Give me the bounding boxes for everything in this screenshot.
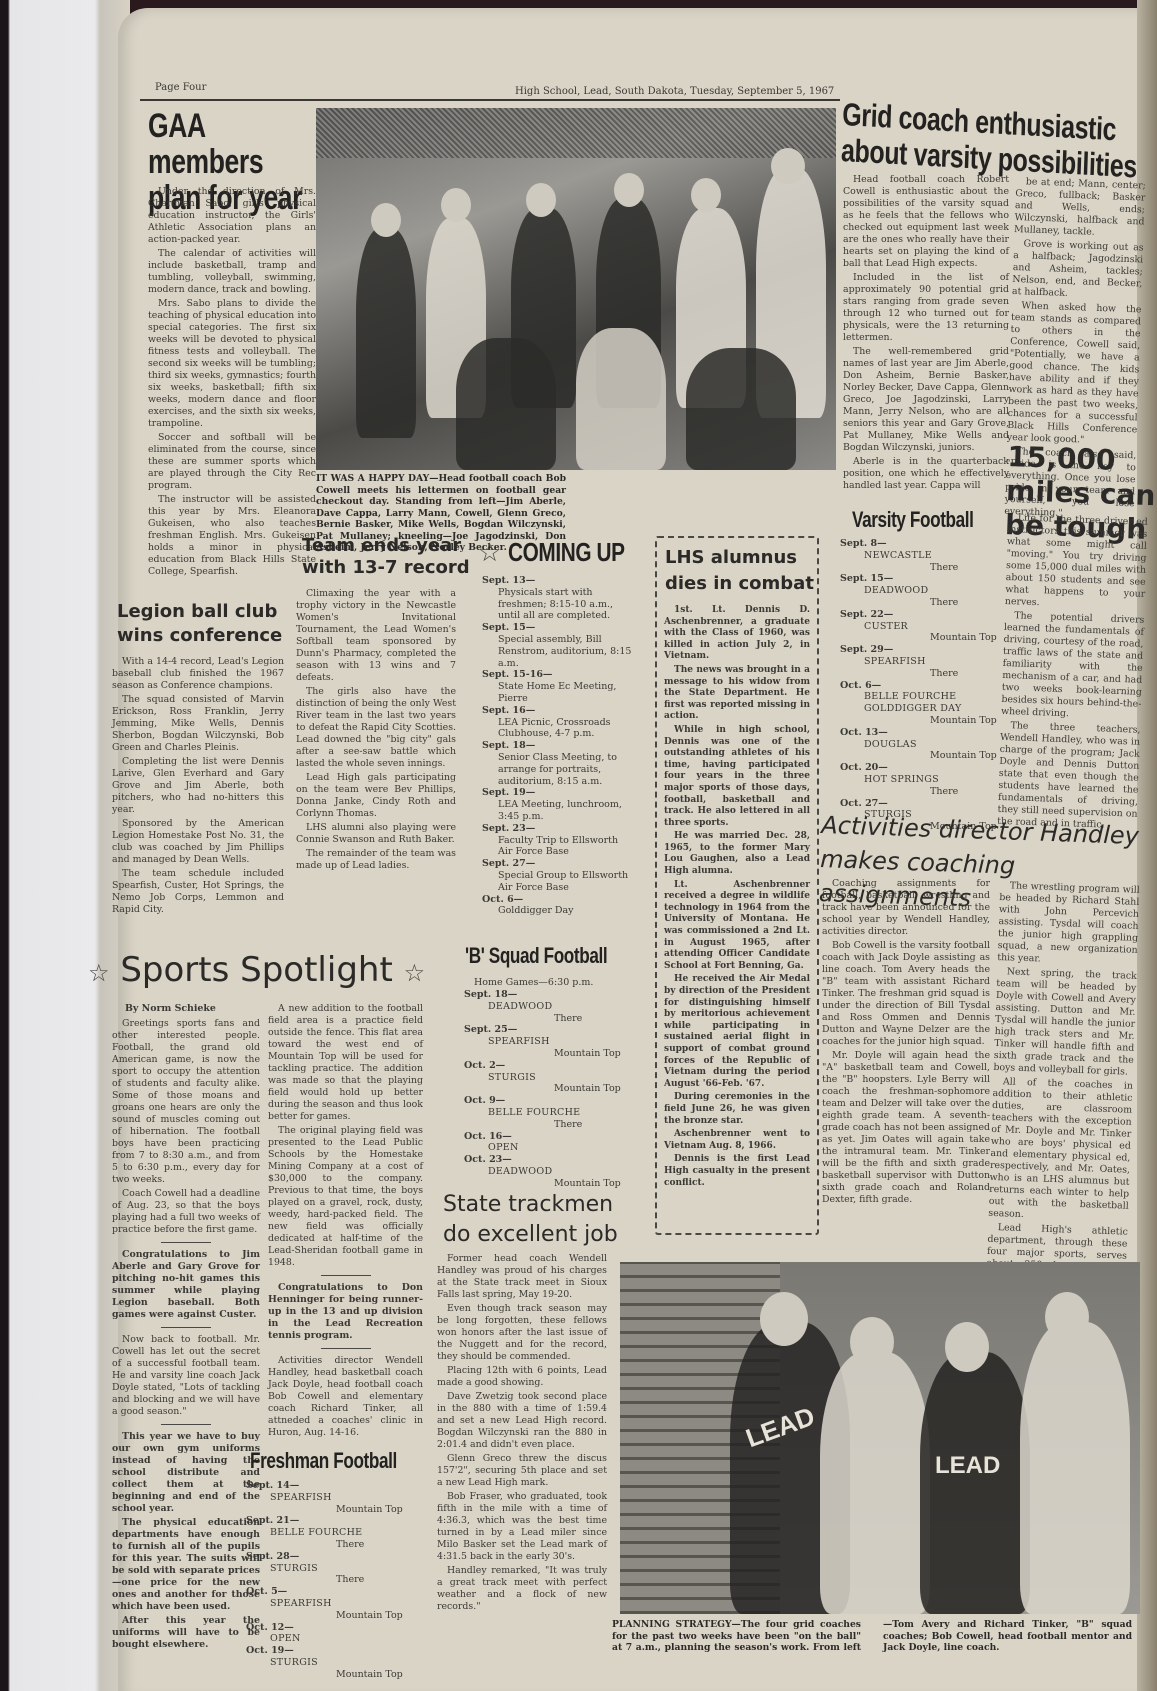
- bsquad-schedule: Sept. 18—DEADWOODThereSept. 25—SPEARFISH…: [464, 989, 644, 1190]
- alumnus-headline: LHS alumnus dies in combat: [665, 545, 815, 597]
- paragraph: Handley remarked, "It was truly a great …: [437, 1565, 607, 1613]
- venue: Mountain Top: [464, 1178, 644, 1190]
- track-headline: State trackmen do excellent job: [443, 1190, 643, 1250]
- paragraph: While in high school, Dennis was one of …: [664, 725, 810, 829]
- game-date: Sept. 21—: [246, 1515, 426, 1527]
- paragraph: Head football coach Robert Cowell is ent…: [843, 174, 1009, 270]
- paragraph: Former head coach Wendell Handley was pr…: [437, 1253, 607, 1301]
- game-date: Sept. 18—: [464, 989, 644, 1001]
- paragraph: The potential drivers learned the fundam…: [1001, 610, 1145, 723]
- event-text: Senior Class Meeting, to arrange for por…: [482, 752, 632, 787]
- paragraph: He was married Dec. 28, 1965, to the for…: [664, 831, 810, 877]
- paragraph: The well-remembered grid names of last y…: [843, 346, 1009, 454]
- paragraph: Lead High gals participating on the team…: [296, 772, 456, 820]
- varsity-schedule: Sept. 8—NEWCASTLEThereSept. 15—DEADWOODT…: [840, 538, 1000, 833]
- event-entry: Sept. 15—Special assembly, Bill Renstrom…: [482, 622, 632, 669]
- event-entry: Sept. 27—Special Group to Ellsworth Air …: [482, 858, 632, 893]
- paragraph: During ceremonies in the field June 26, …: [664, 1092, 810, 1127]
- paragraph: LHS alumni also playing were Connie Swan…: [296, 822, 456, 846]
- schedule-entry: Oct. 23—DEADWOODMountain Top: [464, 1154, 644, 1189]
- game-date: Sept. 15—: [840, 573, 1000, 585]
- paragraph: When asked how the team stands as compar…: [1007, 300, 1142, 448]
- paragraph: Now back to football. Mr. Cowell has let…: [112, 1334, 260, 1418]
- event-entry: Oct. 6—Golddigger Day: [482, 894, 632, 918]
- opponent: DEADWOOD: [840, 585, 1000, 597]
- opponent: SPEARFISH: [840, 656, 1000, 668]
- separator-rule: [161, 1424, 211, 1425]
- opponent: OPEN: [246, 1633, 426, 1645]
- separator-rule: [321, 1275, 371, 1276]
- opponent: SPEARFISH: [246, 1492, 426, 1504]
- paragraph: Next spring, the track team will be head…: [993, 966, 1137, 1079]
- venue: There: [840, 668, 1000, 680]
- coming-up-events: Sept. 13—Physicals start with freshmen; …: [482, 575, 632, 917]
- caption-lead: PLANNING STRATEGY—: [612, 1619, 741, 1630]
- team-headline: Team ends year with 13-7 record: [302, 535, 472, 579]
- schedule-entry: Oct. 6—BELLE FOURCHEGolddigger DayMounta…: [840, 680, 1000, 727]
- spotlight-column-2: A new addition to the football field are…: [268, 1003, 423, 1441]
- event-text: Special Group to Ellsworth Air Force Bas…: [482, 870, 632, 894]
- separator-rule: [161, 1327, 211, 1328]
- event-text: Physicals start with freshmen; 8:15-10 a…: [482, 587, 632, 622]
- paragraph: Mr. Doyle will again head the "A" basket…: [822, 1050, 990, 1206]
- game-date: Sept. 22—: [840, 609, 1000, 621]
- coaches-photo: LEAD LEAD: [620, 1262, 1140, 1614]
- paragraph: Aberle is in the quarterback position, o…: [843, 456, 1009, 492]
- game-date: Oct. 2—: [464, 1060, 644, 1072]
- paragraph: Grove is working out as a halfback; Jago…: [1012, 238, 1144, 303]
- track-article-body: Former head coach Wendell Handley was pr…: [437, 1253, 607, 1615]
- paragraph: The wrestling program will be headed by …: [997, 880, 1140, 969]
- event-date: Sept. 16—: [482, 705, 632, 717]
- header-rule: [140, 99, 840, 101]
- paragraph: Lt. Aschenbrenner received a degree in w…: [664, 880, 810, 973]
- dateline: High School, Lead, South Dakota, Tuesday…: [515, 86, 834, 97]
- paragraph: Congratulations to Don Henninger for bei…: [268, 1282, 423, 1342]
- opponent: BELLE FOURCHE: [246, 1527, 426, 1539]
- event-entry: Sept. 13—Physicals start with freshmen; …: [482, 575, 632, 622]
- schedule-entry: Sept. 28—STURGISThere: [246, 1551, 426, 1586]
- paragraph: 1st. Lt. Dennis D. Aschenbrenner, a grad…: [664, 605, 810, 663]
- paragraph: Aschenbrenner went to Vietnam Aug. 8, 19…: [664, 1129, 810, 1152]
- paragraph: The calendar of activities will include …: [148, 248, 316, 296]
- paragraph: The news was brought in a message to his…: [664, 665, 810, 723]
- separator-rule: [321, 1348, 371, 1349]
- coaches-caption: PLANNING STRATEGY—The four grid coaches …: [612, 1619, 1132, 1654]
- schedule-entry: Oct. 12—OPEN: [246, 1622, 426, 1646]
- bsquad-schedule-title: 'B' Squad Football: [465, 943, 644, 969]
- venue: There: [464, 1119, 644, 1131]
- paragraph: Placing 12th with 6 points, Lead made a …: [437, 1365, 607, 1389]
- event-date: Sept. 23—: [482, 823, 632, 835]
- event-date: Sept. 15—: [482, 622, 632, 634]
- event-text: Faculty Trip to Ellsworth Air Force Base: [482, 835, 632, 859]
- game-date: Oct. 19—: [246, 1645, 426, 1657]
- team-article-body: Climaxing the year with a trophy victory…: [296, 588, 456, 874]
- event-date: Sept. 18—: [482, 740, 632, 752]
- game-note: Golddigger Day: [840, 703, 1000, 715]
- paragraph: Dave Zwetzig took second place in the 88…: [437, 1391, 607, 1451]
- page-number: Page Four: [155, 82, 206, 93]
- paragraph: The team schedule included Spearfish, Cu…: [112, 868, 284, 916]
- schedule-entry: Oct. 16—OPEN: [464, 1131, 644, 1155]
- grid-article-body-left: Head football coach Robert Cowell is ent…: [843, 174, 1009, 494]
- paragraph: Glenn Greco threw the discus 157'2", sec…: [437, 1453, 607, 1489]
- event-entry: Sept. 18—Senior Class Meeting, to arrang…: [482, 740, 632, 787]
- paragraph: Activities director Wendell Handley, hea…: [268, 1355, 423, 1439]
- paragraph: A new addition to the football field are…: [268, 1003, 423, 1123]
- schedule-entry: Sept. 21—BELLE FOURCHEThere: [246, 1515, 426, 1550]
- opponent: DEADWOOD: [464, 1001, 644, 1013]
- paragraph: The physical education departments have …: [112, 1517, 260, 1613]
- schedule-entry: Sept. 29—SPEARFISHThere: [840, 644, 1000, 679]
- paragraph: With a 14-4 record, Lead's Legion baseba…: [112, 656, 284, 692]
- game-date: Oct. 5—: [246, 1586, 426, 1598]
- schedule-entry: Sept. 22—CUSTERMountain Top: [840, 609, 1000, 644]
- lettermen-photo: [316, 108, 836, 470]
- paragraph: Included in the list of approximately 90…: [843, 272, 1009, 344]
- jersey-lettering-2: LEAD: [935, 1452, 1000, 1480]
- paragraph: Completing the list were Dennis Larive, …: [112, 756, 284, 816]
- event-text: Golddigger Day: [482, 905, 632, 917]
- game-date: Sept. 8—: [840, 538, 1000, 550]
- venue: There: [840, 786, 1000, 798]
- paragraph: Even though track season may be long for…: [437, 1303, 607, 1363]
- paragraph: Congratulations to Jim Aberle and Gary G…: [112, 1249, 260, 1321]
- schedule-entry: Oct. 9—BELLE FOURCHEThere: [464, 1095, 644, 1130]
- star-icon-right: ☆: [404, 959, 426, 987]
- venue: Mountain Top: [464, 1048, 644, 1060]
- activities-article-body-left: Coaching assignments for football, baske…: [822, 878, 990, 1208]
- paragraph: Climaxing the year with a trophy victory…: [296, 588, 456, 684]
- legion-article-body: With a 14-4 record, Lead's Legion baseba…: [112, 656, 284, 918]
- separator-rule: [161, 1242, 211, 1243]
- venue: Mountain Top: [840, 632, 1000, 644]
- venue: Mountain Top: [246, 1610, 426, 1622]
- game-date: Oct. 9—: [464, 1095, 644, 1107]
- schedule-entry: Oct. 13—DOUGLASMountain Top: [840, 727, 1000, 762]
- game-date: Oct. 12—: [246, 1622, 426, 1634]
- varsity-schedule-title: Varsity Football: [852, 507, 1024, 533]
- opponent: STURGIS: [246, 1657, 426, 1669]
- event-date: Sept. 27—: [482, 858, 632, 870]
- paragraph: Bob Cowell is the varsity football coach…: [822, 940, 990, 1048]
- paragraph: Greetings sports fans and other interest…: [112, 1018, 260, 1186]
- paragraph: Under the direction of Mrs. Charmian Sab…: [148, 186, 316, 246]
- bsquad-subtitle: Home Games—6:30 p.m.: [474, 977, 593, 989]
- opponent: DEADWOOD: [464, 1166, 644, 1178]
- paragraph: Dennis is the first Lead High casualty i…: [664, 1154, 810, 1189]
- star-icon: ☆: [478, 538, 501, 568]
- game-date: Oct. 20—: [840, 762, 1000, 774]
- event-entry: Sept. 23—Faculty Trip to Ellsworth Air F…: [482, 823, 632, 858]
- opponent: DOUGLAS: [840, 739, 1000, 751]
- game-date: Sept. 25—: [464, 1024, 644, 1036]
- game-date: Oct. 13—: [840, 727, 1000, 739]
- venue: There: [246, 1574, 426, 1586]
- caption-lead: IT WAS A HAPPY DAY—: [316, 473, 438, 484]
- sports-spotlight-title: ☆ Sports Spotlight ☆: [88, 950, 448, 990]
- paragraph: Coaching assignments for football, baske…: [822, 878, 990, 938]
- freshman-schedule: Sept. 14—SPEARFISHMountain TopSept. 21—B…: [246, 1480, 426, 1681]
- venue: Mountain Top: [840, 715, 1000, 727]
- paragraph: Coach Cowell had a deadline of Aug. 23, …: [112, 1188, 260, 1236]
- venue: Mountain Top: [246, 1504, 426, 1516]
- paragraph: The instructor will be assisted this yea…: [148, 494, 316, 578]
- opponent: SPEARFISH: [464, 1036, 644, 1048]
- gaa-article-body: Under the direction of Mrs. Charmian Sab…: [148, 186, 316, 580]
- event-text: LEA Picnic, Crossroads Clubhouse, 4-7 p.…: [482, 717, 632, 741]
- paragraph: The original playing field was presented…: [268, 1125, 423, 1269]
- event-text: Special assembly, Bill Renstrom, auditor…: [482, 634, 632, 669]
- spotlight-column-1: Greetings sports fans and other interest…: [112, 1018, 260, 1653]
- event-entry: Sept. 19—LEA Meeting, lunchroom, 3:45 p.…: [482, 787, 632, 822]
- paragraph: This year we have to buy our own gym uni…: [112, 1431, 260, 1515]
- venue: There: [840, 597, 1000, 609]
- schedule-entry: Sept. 18—DEADWOODThere: [464, 989, 644, 1024]
- opponent: BELLE FOURCHE: [464, 1107, 644, 1119]
- paragraph: Sponsored by the American Legion Homesta…: [112, 818, 284, 866]
- paragraph: Bob Fraser, who graduated, took fifth in…: [437, 1491, 607, 1563]
- paragraph: The remainder of the team was made up of…: [296, 848, 456, 872]
- paragraph: The squad consisted of Marvin Erickson, …: [112, 694, 284, 754]
- game-date: Oct. 6—: [840, 680, 1000, 692]
- schedule-entry: Oct. 2—STURGISMountain Top: [464, 1060, 644, 1095]
- miles-article-body: Life for the three driver ed instructors…: [997, 512, 1148, 835]
- game-date: Sept. 29—: [840, 644, 1000, 656]
- venue: Mountain Top: [464, 1083, 644, 1095]
- venue: There: [840, 562, 1000, 574]
- schedule-entry: Sept. 15—DEADWOODThere: [840, 573, 1000, 608]
- opponent: CUSTER: [840, 621, 1000, 633]
- schedule-entry: Oct. 20—HOT SPRINGSThere: [840, 762, 1000, 797]
- event-text: State Home Ec Meeting, Pierre: [482, 681, 632, 705]
- game-date: Sept. 14—: [246, 1480, 426, 1492]
- schedule-entry: Sept. 8—NEWCASTLEThere: [840, 538, 1000, 573]
- paragraph: After this year the uniforms will have t…: [112, 1615, 260, 1651]
- star-icon-left: ☆: [88, 959, 110, 987]
- venue: Mountain Top: [840, 750, 1000, 762]
- activities-article-body-right: The wrestling program will be headed by …: [985, 880, 1139, 1301]
- desk-background: [0, 0, 130, 1691]
- opponent: STURGIS: [246, 1563, 426, 1575]
- paragraph: Mrs. Sabo plans to divide the teaching o…: [148, 298, 316, 430]
- opponent: SPEARFISH: [246, 1598, 426, 1610]
- paragraph: The girls also have the distinction of b…: [296, 686, 456, 770]
- event-entry: Sept. 15-16—State Home Ec Meeting, Pierr…: [482, 669, 632, 704]
- sports-spotlight-label: Sports Spotlight: [120, 950, 392, 990]
- coming-up-label: COMING UP: [508, 537, 625, 568]
- spotlight-byline: By Norm Schieke: [125, 1003, 225, 1015]
- game-date: Sept. 28—: [246, 1551, 426, 1563]
- freshman-schedule-title: Freshman Football: [250, 1448, 429, 1474]
- coming-up-title: ☆ COMING UP: [478, 537, 653, 568]
- paragraph: be at end; Mann, center; Greco, fullback…: [1014, 176, 1146, 241]
- venue: There: [246, 1539, 426, 1551]
- schedule-entry: Sept. 25—SPEARFISHMountain Top: [464, 1024, 644, 1059]
- game-date: Oct. 16—: [464, 1131, 644, 1143]
- paragraph: Life for the three driver ed instructors…: [1005, 512, 1148, 613]
- opponent: OPEN: [464, 1142, 644, 1154]
- game-date: Oct. 23—: [464, 1154, 644, 1166]
- event-date: Sept. 19—: [482, 787, 632, 799]
- event-date: Sept. 13—: [482, 575, 632, 587]
- paragraph: All of the coaches in addition to their …: [988, 1076, 1133, 1225]
- paragraph: He received the Air Medal by direction o…: [664, 974, 810, 1090]
- event-date: Oct. 6—: [482, 894, 632, 906]
- venue: Mountain Top: [246, 1669, 426, 1681]
- alumnus-article-body: 1st. Lt. Dennis D. Aschenbrenner, a grad…: [664, 605, 810, 1191]
- opponent: STURGIS: [464, 1072, 644, 1084]
- event-date: Sept. 15-16—: [482, 669, 632, 681]
- venue: There: [464, 1013, 644, 1025]
- paragraph: Soccer and softball will be eliminated f…: [148, 432, 316, 492]
- opponent: BELLE FOURCHE: [840, 691, 1000, 703]
- schedule-entry: Sept. 14—SPEARFISHMountain Top: [246, 1480, 426, 1515]
- event-text: LEA Meeting, lunchroom, 3:45 p.m.: [482, 799, 632, 823]
- schedule-entry: Oct. 5—SPEARFISHMountain Top: [246, 1586, 426, 1621]
- legion-headline: Legion ball club wins conference: [117, 600, 287, 648]
- schedule-entry: Oct. 19—STURGISMountain Top: [246, 1645, 426, 1680]
- event-entry: Sept. 16—LEA Picnic, Crossroads Clubhous…: [482, 705, 632, 740]
- opponent: NEWCASTLE: [840, 550, 1000, 562]
- opponent: HOT SPRINGS: [840, 774, 1000, 786]
- game-date: Oct. 27—: [840, 798, 1000, 810]
